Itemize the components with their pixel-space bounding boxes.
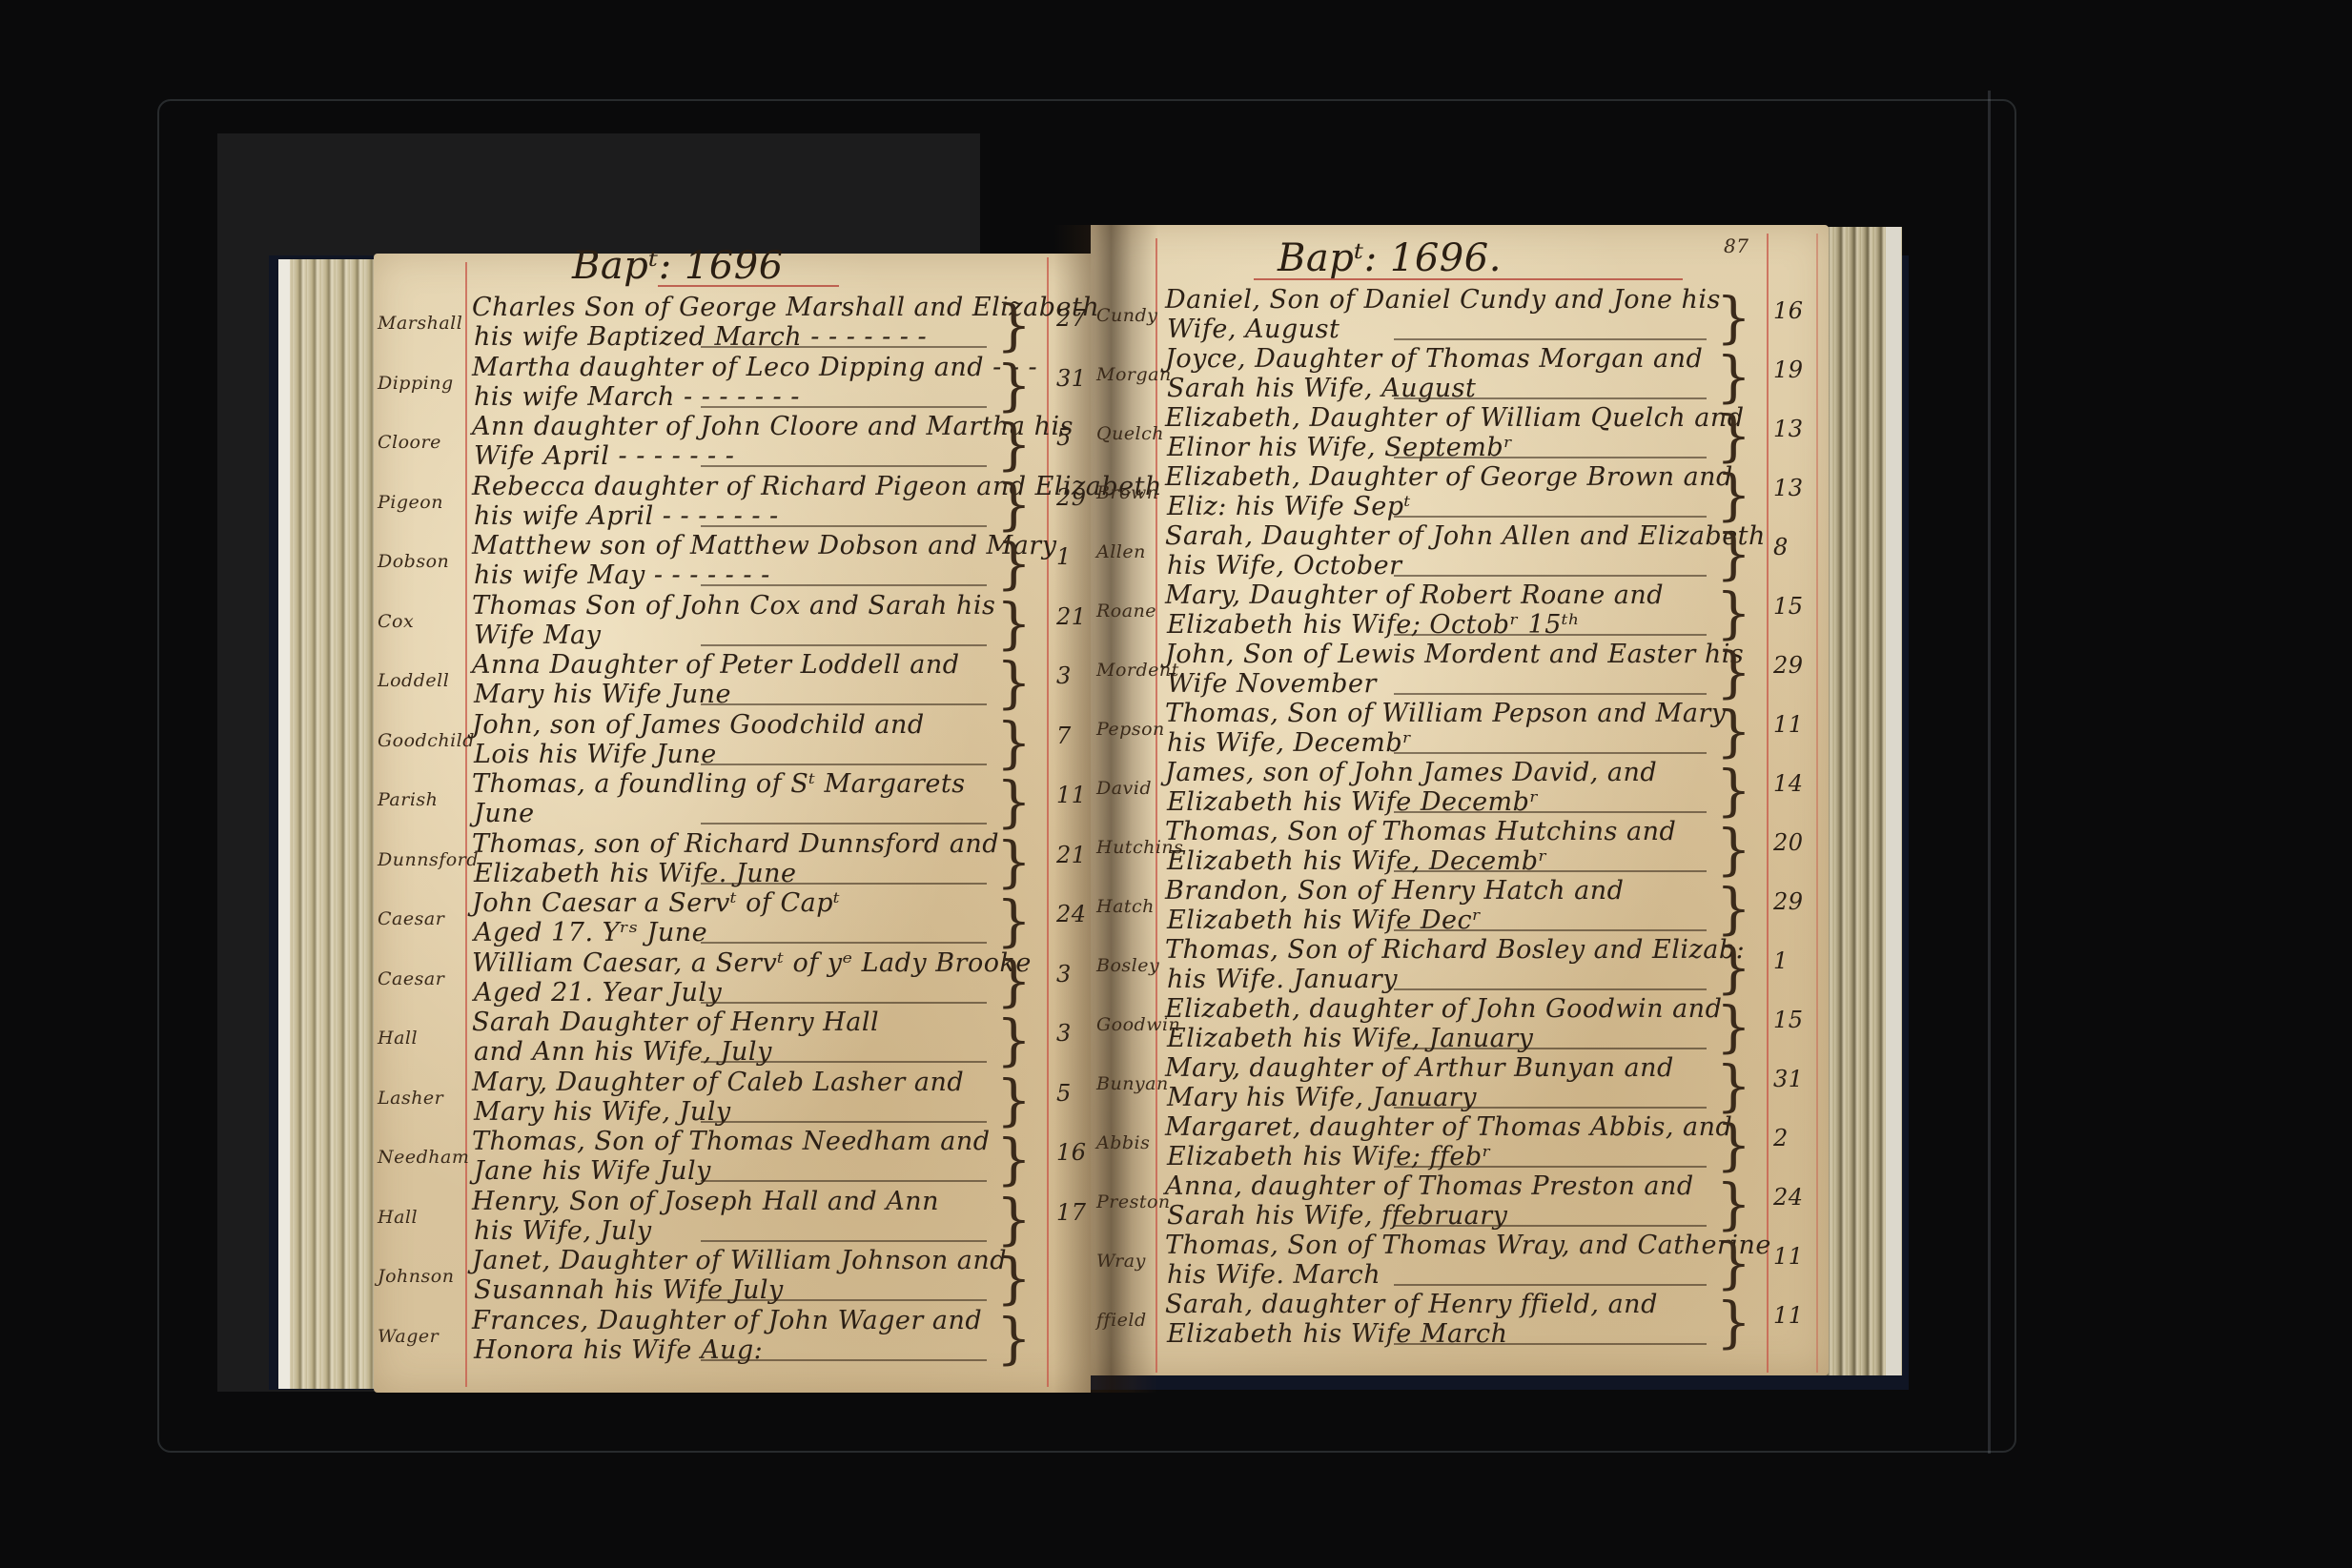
- entry-day-number: 13: [1773, 475, 1804, 501]
- entry-day-number: 5: [1056, 424, 1072, 451]
- entry-line-1: Sarah Daughter of Henry Hall: [472, 1007, 879, 1038]
- left-margin-rule: [465, 262, 467, 1387]
- entry-dash-rule: [1394, 988, 1707, 990]
- left-page-block-edge: [278, 259, 378, 1389]
- entry-line-2: Wife April - - - - - - -: [474, 440, 734, 472]
- entry-surname-margin: Allen: [1096, 541, 1146, 562]
- entry-surname-margin: Lasher: [378, 1088, 443, 1109]
- entry-brace: }: [996, 536, 1032, 591]
- entry-line-2: his wife March - - - - - - -: [474, 381, 800, 413]
- entry-brace: }: [1716, 763, 1751, 818]
- entry-day-number: 16: [1773, 297, 1804, 324]
- entry-day-number: 20: [1773, 829, 1804, 856]
- entry-surname-margin: Dipping: [378, 373, 454, 394]
- entry-line-1: John, Son of Lewis Mordent and Easter hi…: [1165, 639, 1744, 670]
- entry-line-1: Thomas Son of John Cox and Sarah his: [472, 590, 995, 621]
- entry-surname-margin: Abbis: [1096, 1132, 1150, 1153]
- entry-line-1: Daniel, Son of Daniel Cundy and Jone his: [1165, 284, 1721, 316]
- entry-surname-margin: Pigeon: [378, 492, 443, 513]
- entry-dash-rule: [701, 1240, 987, 1242]
- left-page-heading: Bapᵗ: 1696: [572, 244, 784, 288]
- entry-dash-rule: [701, 1299, 987, 1301]
- acrylic-edge: [1988, 91, 1991, 1454]
- entry-surname-margin: Preston: [1096, 1191, 1171, 1212]
- entry-line-2: his Wife, Decembʳ: [1167, 727, 1412, 759]
- entry-day-number: 11: [1773, 1243, 1804, 1270]
- left-board-edge: [278, 259, 290, 1389]
- entry-brace: }: [1716, 644, 1751, 700]
- entry-line-2: his Wife, July: [474, 1215, 652, 1247]
- entry-dash-rule: [1394, 870, 1707, 872]
- entry-line-1: Anna, daughter of Thomas Preston and: [1165, 1171, 1694, 1202]
- entry-dash-rule: [1394, 397, 1707, 399]
- entry-brace: }: [1716, 822, 1751, 877]
- entry-day-number: 7: [1056, 723, 1072, 749]
- entry-surname-margin: Quelch: [1096, 423, 1164, 444]
- entry-brace: }: [996, 1131, 1032, 1187]
- entry-surname-margin: Hall: [378, 1207, 418, 1228]
- entry-surname-margin: Parish: [378, 789, 438, 810]
- entry-line-2: Susannah his Wife July: [474, 1274, 784, 1306]
- entry-surname-margin: Cundy: [1096, 305, 1157, 326]
- entry-brace: }: [996, 715, 1032, 770]
- entry-surname-margin: Cox: [378, 611, 414, 632]
- entry-surname-margin: Roane: [1096, 601, 1156, 621]
- entry-brace: }: [996, 893, 1032, 948]
- entry-line-1: Joyce, Daughter of Thomas Morgan and: [1165, 343, 1703, 375]
- entry-day-number: 29: [1773, 652, 1804, 679]
- entry-line-2: Elizabeth his Wife Decembʳ: [1167, 786, 1539, 818]
- entry-line-2: Wife November: [1167, 668, 1377, 700]
- entry-line-2: Lois his Wife June: [474, 739, 717, 770]
- entry-day-number: 29: [1773, 888, 1804, 915]
- entry-dash-rule: [701, 465, 987, 467]
- entry-dash-rule: [1394, 1107, 1707, 1109]
- entry-dash-rule: [1394, 1284, 1707, 1286]
- entry-surname-margin: Wager: [378, 1326, 439, 1347]
- entry-dash-rule: [1394, 575, 1707, 577]
- entry-dash-rule: [701, 1002, 987, 1004]
- entry-line-1: John, son of James Goodchild and: [472, 709, 925, 741]
- entry-surname-margin: Dunnsford: [378, 849, 479, 870]
- entry-surname-margin: Hatch: [1096, 896, 1155, 917]
- entry-surname-margin: Bunyan: [1096, 1073, 1169, 1094]
- entry-brace: }: [1716, 408, 1751, 463]
- entry-line-1: Elizabeth, Daughter of George Brown and: [1165, 461, 1733, 493]
- folio-number: 87: [1724, 234, 1749, 257]
- entry-line-2: Jane his Wife July: [474, 1155, 711, 1187]
- entry-line-2: Elinor his Wife, Septembʳ: [1167, 432, 1513, 463]
- entry-day-number: 29: [1056, 484, 1087, 511]
- right-heading-underline: [1254, 278, 1683, 280]
- entry-line-2: and Ann his Wife, July: [474, 1036, 772, 1068]
- entry-dash-rule: [701, 406, 987, 408]
- entry-surname-margin: Needham: [378, 1147, 469, 1168]
- entry-dash-rule: [1394, 1225, 1707, 1227]
- entry-brace: }: [1716, 526, 1751, 581]
- entry-line-2: Elizabeth his Wife, January: [1167, 1023, 1533, 1054]
- entry-dash-rule: [1394, 929, 1707, 931]
- entry-dash-rule: [701, 1180, 987, 1182]
- entry-line-2: Elizabeth his Wife Decʳ: [1167, 905, 1482, 936]
- entry-dash-rule: [701, 942, 987, 944]
- entry-line-1: Thomas, a foundling of Sᵗ Margarets: [472, 768, 966, 800]
- entry-line-2: Aged 21. Year July: [474, 977, 722, 1008]
- entry-line-2: June: [474, 798, 535, 829]
- entry-surname-margin: Bosley: [1096, 955, 1159, 976]
- entry-dash-rule: [1394, 457, 1707, 458]
- entry-line-2: Elizabeth his Wife; Octobʳ 15ᵗʰ: [1167, 609, 1580, 641]
- entry-line-1: Mary, Daughter of Caleb Lasher and: [472, 1067, 964, 1098]
- entry-dash-rule: [1394, 338, 1707, 340]
- entry-line-1: Margaret, daughter of Thomas Abbis, and: [1165, 1111, 1732, 1143]
- entry-line-2: Mary his Wife, July: [474, 1096, 731, 1128]
- entry-line-2: his Wife. March: [1167, 1259, 1381, 1291]
- entry-day-number: 11: [1773, 711, 1804, 738]
- entry-line-1: Martha daughter of Leco Dipping and - - …: [472, 352, 1037, 383]
- entry-day-number: 1: [1056, 543, 1072, 570]
- entry-brace: }: [1716, 1058, 1751, 1113]
- entry-day-number: 3: [1056, 1020, 1072, 1047]
- entry-brace: }: [1716, 1176, 1751, 1232]
- entry-day-number: 1: [1773, 947, 1789, 974]
- entry-brace: }: [1716, 349, 1751, 404]
- entry-surname-margin: Loddell: [378, 670, 449, 691]
- entry-brace: }: [1716, 881, 1751, 936]
- entry-line-2: Elizabeth his Wife March: [1167, 1318, 1507, 1350]
- entry-surname-margin: Dobson: [378, 551, 449, 572]
- entry-surname-margin: Cloore: [378, 432, 441, 453]
- entry-brace: }: [996, 596, 1032, 651]
- entry-line-1: Elizabeth, Daughter of William Quelch an…: [1165, 402, 1745, 434]
- entry-line-2: Mary his Wife, January: [1167, 1082, 1477, 1113]
- right-outer-rule: [1816, 234, 1818, 1373]
- entry-brace: }: [996, 834, 1032, 889]
- entry-brace: }: [996, 655, 1032, 710]
- entry-brace: }: [996, 1251, 1032, 1306]
- entry-day-number: 15: [1773, 1007, 1804, 1033]
- entry-day-number: 31: [1773, 1066, 1804, 1092]
- entry-dash-rule: [1394, 516, 1707, 518]
- entry-surname-margin: Wray: [1096, 1251, 1146, 1272]
- entry-line-1: Elizabeth, daughter of John Goodwin and: [1165, 993, 1722, 1025]
- entry-line-2: his Wife, October: [1167, 550, 1402, 581]
- entry-dash-rule: [1394, 1343, 1707, 1345]
- entry-line-1: Brandon, Son of Henry Hatch and: [1165, 875, 1624, 906]
- entry-day-number: 21: [1056, 603, 1087, 630]
- entry-line-1: Thomas, son of Richard Dunnsford and: [472, 828, 999, 860]
- entry-dash-rule: [701, 1121, 987, 1123]
- entry-line-2: Eliz: his Wife Sepᵗ: [1167, 491, 1411, 522]
- entry-surname-margin: Goodchild: [378, 730, 475, 751]
- entry-brace: }: [1716, 999, 1751, 1054]
- entry-line-1: Frances, Daughter of John Wager and: [472, 1305, 982, 1336]
- entry-day-number: 16: [1056, 1139, 1087, 1166]
- entry-line-1: Ann daughter of John Cloore and Martha h…: [472, 411, 1074, 442]
- entry-line-2: Elizabeth his Wife; ffebʳ: [1167, 1141, 1492, 1172]
- entry-dash-rule: [701, 1359, 987, 1361]
- entry-day-number: 8: [1773, 534, 1789, 560]
- entry-brace: }: [1716, 585, 1751, 641]
- entry-day-number: 31: [1056, 365, 1087, 392]
- entry-brace: }: [1716, 1294, 1751, 1350]
- entry-brace: }: [1716, 940, 1751, 995]
- entry-dash-rule: [701, 346, 987, 348]
- entry-dash-rule: [1394, 693, 1707, 695]
- entry-dash-rule: [1394, 634, 1707, 636]
- right-date-rule: [1767, 234, 1769, 1373]
- entry-line-1: Mary, Daughter of Robert Roane and: [1165, 580, 1664, 611]
- entry-dash-rule: [701, 584, 987, 586]
- entry-brace: }: [1716, 1235, 1751, 1291]
- entry-line-2: Sarah his Wife, August: [1167, 373, 1476, 404]
- entry-dash-rule: [1394, 1048, 1707, 1049]
- entry-dash-rule: [1394, 752, 1707, 754]
- entry-line-1: Anna Daughter of Peter Loddell and: [472, 649, 960, 681]
- entry-line-2: Honora his Wife Aug:: [474, 1334, 763, 1366]
- entry-brace: }: [1716, 467, 1751, 522]
- entry-brace: }: [1716, 290, 1751, 345]
- entry-surname-margin: ffield: [1096, 1310, 1147, 1331]
- entry-day-number: 13: [1773, 416, 1804, 442]
- entry-line-1: Thomas, Son of Thomas Needham and: [472, 1126, 991, 1157]
- entry-surname-margin: Pepson: [1096, 719, 1165, 740]
- entry-day-number: 17: [1056, 1199, 1087, 1226]
- entry-day-number: 3: [1056, 961, 1072, 988]
- entry-day-number: 11: [1773, 1302, 1804, 1329]
- entry-line-1: Mary, daughter of Arthur Bunyan and: [1165, 1052, 1674, 1084]
- entry-line-2: Wife, August: [1167, 314, 1340, 345]
- entry-day-number: 14: [1773, 770, 1804, 797]
- entry-dash-rule: [701, 703, 987, 705]
- entry-brace: }: [996, 953, 1032, 1008]
- entry-line-1: Thomas, Son of Richard Bosley and Elizab…: [1165, 934, 1745, 966]
- entry-day-number: 3: [1056, 662, 1072, 689]
- entry-surname-margin: Hall: [378, 1028, 418, 1049]
- entry-line-1: Thomas, Son of William Pepson and Mary: [1165, 698, 1727, 729]
- entry-day-number: 5: [1056, 1080, 1072, 1107]
- entry-line-1: John Caesar a Servᵗ of Capᵗ: [472, 887, 840, 919]
- entry-line-1: Sarah, Daughter of John Allen and Elizab…: [1165, 520, 1766, 552]
- entry-brace: }: [996, 1311, 1032, 1366]
- entry-line-1: Thomas, Son of Thomas Hutchins and: [1165, 816, 1676, 847]
- entry-day-number: 2: [1773, 1125, 1789, 1151]
- entry-brace: }: [996, 774, 1032, 829]
- entry-brace: }: [996, 1191, 1032, 1247]
- entry-brace: }: [1716, 703, 1751, 759]
- entry-dash-rule: [1394, 1166, 1707, 1168]
- entry-line-1: James, son of John James David, and: [1165, 757, 1657, 788]
- entry-day-number: 27: [1056, 305, 1087, 332]
- entry-day-number: 21: [1056, 842, 1087, 868]
- entry-surname-margin: Caesar: [378, 968, 444, 989]
- left-heading-underline: [658, 285, 839, 287]
- entry-surname-margin: Morgan: [1096, 364, 1172, 385]
- entry-day-number: 15: [1773, 593, 1804, 620]
- entry-dash-rule: [1394, 811, 1707, 813]
- entry-line-2: Elizabeth his Wife. June: [474, 858, 796, 889]
- entry-brace: }: [996, 357, 1032, 413]
- entry-surname-margin: Marshall: [378, 313, 462, 334]
- entry-line-1: Henry, Son of Joseph Hall and Ann: [472, 1186, 939, 1217]
- entry-dash-rule: [701, 883, 987, 885]
- entry-surname-margin: Caesar: [378, 908, 444, 929]
- entry-dash-rule: [701, 525, 987, 527]
- entry-line-1: William Caesar, a Servᵗ of yᵉ Lady Brook…: [472, 947, 1032, 979]
- entry-day-number: 24: [1056, 901, 1087, 927]
- entry-dash-rule: [701, 1061, 987, 1063]
- entry-line-1: Sarah, daughter of Henry ffield, and: [1165, 1289, 1658, 1320]
- right-board-edge: [1886, 227, 1901, 1375]
- entry-dash-rule: [701, 823, 987, 825]
- entry-brace: }: [1716, 1117, 1751, 1172]
- entry-line-2: Elizabeth his Wife, Decembʳ: [1167, 845, 1547, 877]
- entry-line-2: his wife May - - - - - - -: [474, 560, 770, 591]
- entry-line-1: Janet, Daughter of William Johnson and: [472, 1245, 1007, 1276]
- entry-day-number: 24: [1773, 1184, 1804, 1211]
- entry-dash-rule: [701, 644, 987, 646]
- entry-line-2: Aged 17. Yʳˢ June: [474, 917, 707, 948]
- entry-line-2: Wife May: [474, 620, 601, 651]
- entry-brace: }: [996, 1072, 1032, 1128]
- entry-line-2: Mary his Wife June: [474, 679, 731, 710]
- entry-line-2: Sarah his Wife, ffebruary: [1167, 1200, 1507, 1232]
- entry-line-1: Matthew son of Matthew Dobson and Mary: [472, 530, 1056, 561]
- entry-line-2: his wife Baptized March - - - - - - -: [474, 321, 927, 353]
- entry-day-number: 19: [1773, 356, 1804, 383]
- entry-brace: }: [996, 1012, 1032, 1068]
- right-page-heading: Bapᵗ: 1696.: [1278, 236, 1502, 280]
- entry-surname-margin: Brown: [1096, 482, 1158, 503]
- entry-surname-margin: Johnson: [378, 1266, 454, 1287]
- entry-brace: }: [996, 297, 1032, 353]
- entry-dash-rule: [701, 764, 987, 765]
- entry-line-2: his wife April - - - - - - -: [474, 500, 779, 532]
- entry-brace: }: [996, 477, 1032, 532]
- entry-brace: }: [996, 417, 1032, 472]
- entry-day-number: 11: [1056, 782, 1087, 808]
- entry-surname-margin: David: [1096, 778, 1152, 799]
- entry-line-1: Thomas, Son of Thomas Wray, and Catherin…: [1165, 1230, 1771, 1261]
- entry-line-2: his Wife. January: [1167, 964, 1398, 995]
